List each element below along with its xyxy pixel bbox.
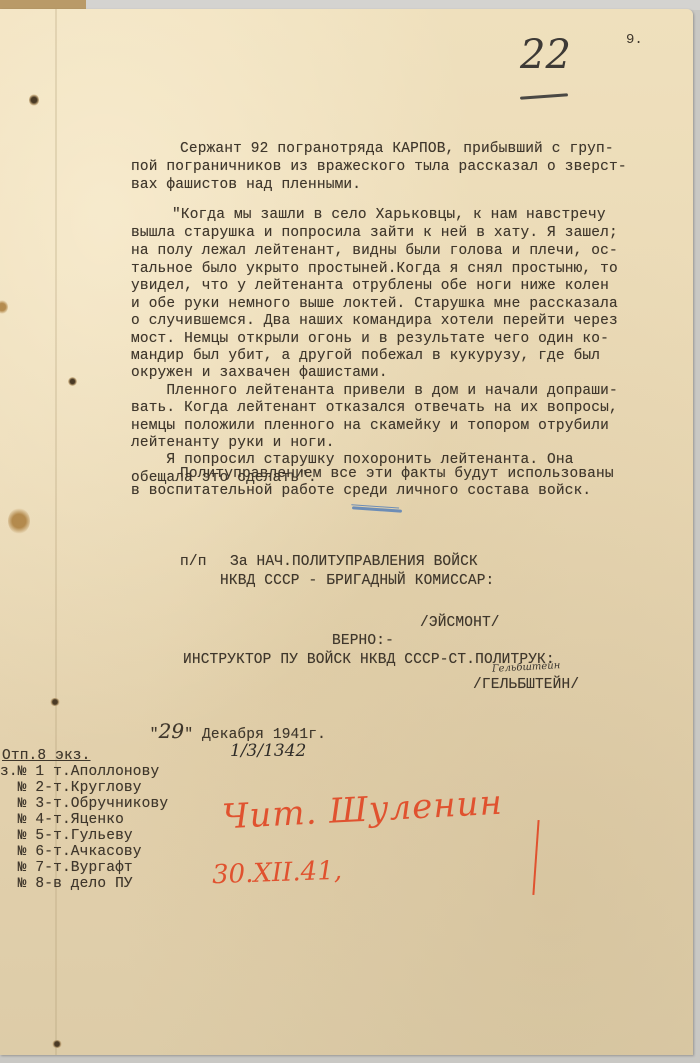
quote-line: "Когда мы зашли в село Харьковцы, к нам … (172, 207, 606, 225)
quote-line: тальное было укрыто простыней.Когда я сн… (131, 261, 618, 279)
quote-line: мандир был убит, а другой побежал в куку… (131, 348, 600, 366)
binding-hole-icon (29, 94, 39, 106)
pp-mark: п/п (180, 554, 207, 572)
conclusion-line: Политуправлением все эти факты будут исп… (180, 466, 614, 484)
distribution-item: № 6-т.Ачкасову (0, 844, 142, 862)
intro-line: пой пограничников из вражеского тыла рас… (131, 159, 627, 177)
distribution-item: № 8-в дело ПУ (0, 876, 133, 894)
quote-line: на полу лежал лейтенант, видны были голо… (131, 243, 618, 261)
quote-line: окружен и захвачен фашистами. (131, 365, 388, 383)
distribution-item: № 2-т.Круглову (0, 780, 142, 798)
quote-line: Пленного лейтенанта привели в дом и нача… (131, 383, 618, 401)
certified-label: ВЕРНО:- (332, 633, 394, 651)
paper-fold (55, 9, 57, 1055)
distribution-item: з.№ 1 т.Аполлонову (0, 764, 159, 782)
archive-sheet-number: 22 (520, 32, 571, 78)
distribution-item: № 7-т.Вургафт (0, 860, 133, 878)
paper-stain (8, 508, 30, 534)
certifier-name: /ГЕЛЬБШТЕЙН/ (473, 677, 579, 695)
signatory-title: НКВД СССР - БРИГАДНЫЙ КОМИССАР: (220, 573, 494, 591)
quote-line: мост. Немцы открыли огонь и в результате… (131, 331, 609, 349)
date-day-handwritten: 29 (159, 719, 185, 743)
quote-line: вать. Когда лейтенант отказался отвечать… (131, 400, 618, 418)
intro-line: вах фашистов над пленными. (131, 177, 361, 195)
distribution-item: № 3-т.Обручникову (0, 796, 168, 814)
red-resolution-date: 30.XII.41, (212, 856, 343, 891)
binding-hole-icon (68, 377, 77, 386)
binding-hole-icon (52, 1040, 62, 1048)
quote-line: вышла старушка и попросила зайти к ней в… (131, 225, 618, 243)
distribution-item: № 4-т.Яценко (0, 812, 124, 830)
document-date: "29" Декабря 1941г. (132, 705, 326, 744)
typed-page-number: 9. (626, 32, 643, 48)
quote-line: и обе руки немного выше локтей. Старушка… (131, 296, 618, 314)
archive-number-handwritten: 1/3/1342 (230, 741, 306, 761)
intro-line: Сержант 92 погранотряда КАРПОВ, прибывши… (180, 141, 614, 159)
date-open-quote: " (150, 727, 159, 743)
date-close-quote: " (184, 727, 193, 743)
binding-hole-icon (50, 698, 60, 706)
quote-line: увидел, что у лейтенанта отрублены обе н… (131, 278, 609, 296)
signatory-name: /ЭЙСМОНТ/ (420, 615, 500, 633)
quote-line: о случившемся. Два наших командира хотел… (131, 313, 618, 331)
copies-header: Отп.8 экз. (2, 748, 91, 766)
distribution-item: № 5-т.Гульеву (0, 828, 133, 846)
quote-line: немцы положили пленного на скамейку и то… (131, 418, 609, 436)
quote-line: лейтенанту руки и ноги. (131, 435, 335, 453)
signatory-title: За НАЧ.ПОЛИТУПРАВЛЕНИЯ ВОЙСК (230, 554, 478, 572)
conclusion-line: в воспитательной работе среди личного со… (131, 483, 591, 501)
